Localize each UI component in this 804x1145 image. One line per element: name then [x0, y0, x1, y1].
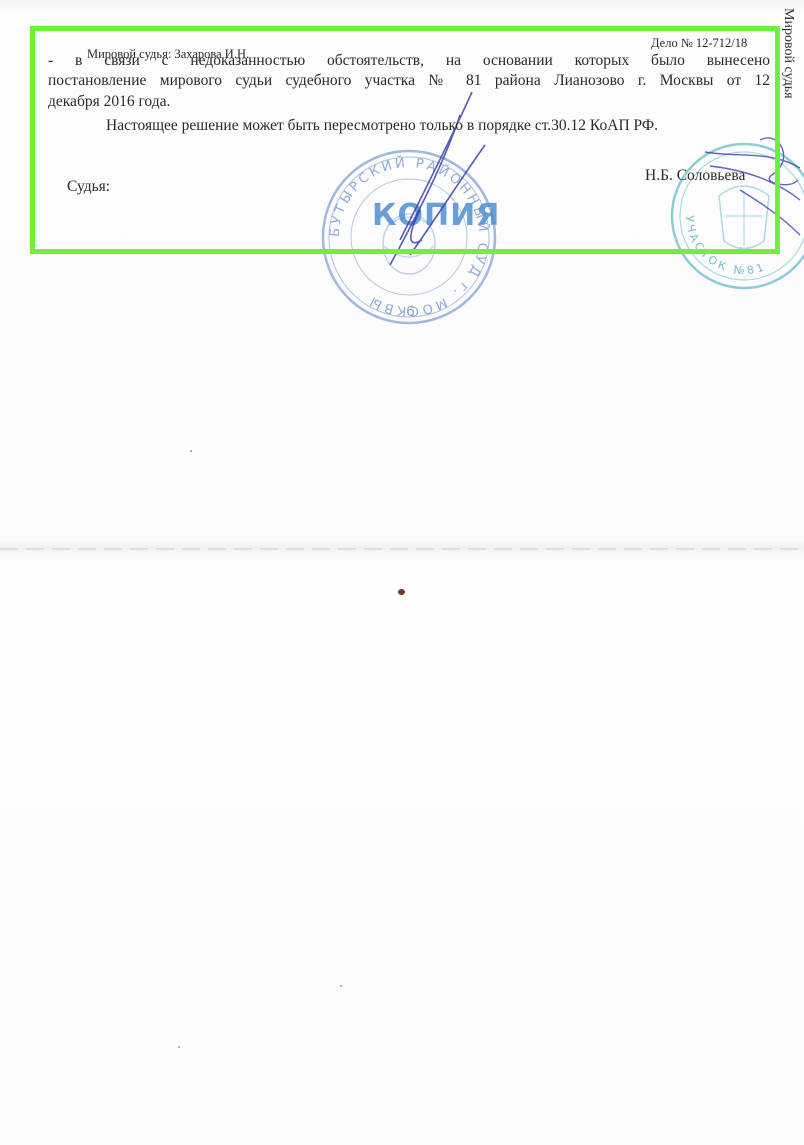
court-seal-stamp: БУТЫРСКИЙ РАЙОННЫЙ СУД г. МОСКВЫ 6 [318, 146, 500, 328]
copy-mark-stamp: КОПИЯ [372, 198, 500, 233]
body-line-1: - в связи с недоказанностью обстоятельст… [48, 51, 770, 71]
judge-name: Н.Б. Соловьева [645, 166, 745, 186]
scan-speck [178, 1046, 180, 1048]
scanned-page: БУТЫРСКИЙ РАЙОННЫЙ СУД г. МОСКВЫ 6 КОПИЯ… [0, 0, 804, 1145]
margin-note: Мировой судья [780, 8, 796, 99]
svg-text:6: 6 [406, 304, 415, 320]
appeal-notice: Настоящее решение может быть пересмотрен… [106, 116, 658, 136]
case-number: Дело № 12-712/18 [651, 33, 747, 53]
body-line-3: декабря 2016 года. [48, 92, 170, 112]
scan-speck [190, 450, 192, 452]
margin-rule [778, 124, 779, 234]
ink-spot [398, 589, 405, 595]
scan-speck [340, 985, 342, 987]
page-fold-line [0, 548, 804, 550]
body-line-2: постановление мирового судьи судебного у… [48, 71, 770, 91]
judge-signature-label: Судья: [67, 177, 110, 197]
judicial-district-stamp: УЧАСТОК №81 [664, 136, 804, 296]
